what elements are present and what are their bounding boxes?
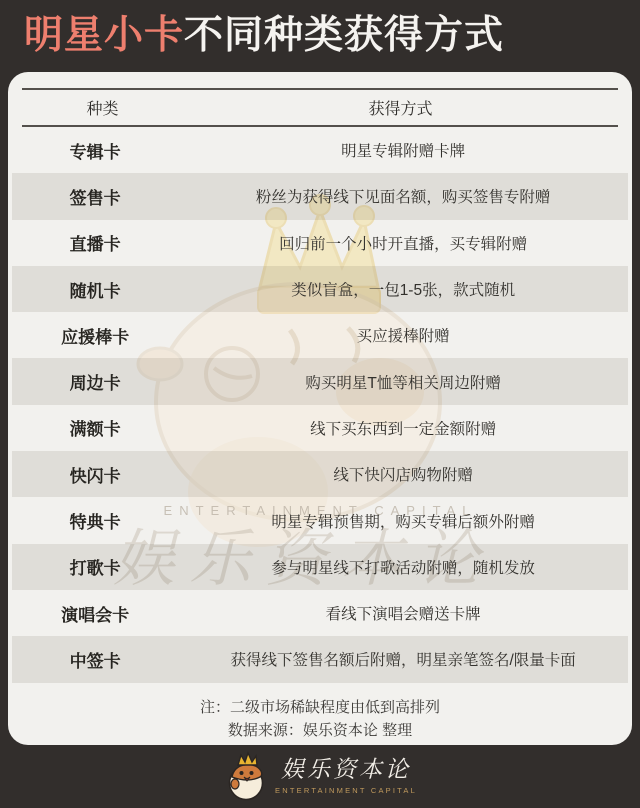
- card-type-cell: 演唱会卡: [12, 601, 178, 626]
- table-row: 特典卡明星专辑预售期，购买专辑后额外附赠: [12, 497, 628, 543]
- table-card: ENTERTAINMENT CAPITAL 娱乐资本论 种类 获得方式 专辑卡明…: [8, 72, 632, 745]
- page-title: 明星小卡不同种类获得方式: [24, 12, 640, 61]
- card-type-cell: 周边卡: [12, 369, 178, 394]
- card-method-cell: 线下买东西到一定金额附赠: [178, 417, 628, 439]
- table-row: 满额卡线下买东西到一定金额附赠: [12, 405, 628, 451]
- card-method-cell: 获得线下签售名额后附赠，明星亲笔签名/限量卡面: [178, 648, 628, 670]
- table-row: 快闪卡线下快闪店购物附赠: [12, 451, 628, 497]
- note-rarity: 注：二级市场稀缺程度由低到高排列: [8, 696, 632, 719]
- brand-footer: 娱乐资本论 ENTERTAINMENT CAPITAL: [0, 745, 640, 808]
- brand-text: 娱乐资本论 ENTERTAINMENT CAPITAL: [275, 758, 417, 794]
- table-body: 专辑卡明星专辑附赠卡牌签售卡粉丝为获得线下见面名额，购买签售专附赠直播卡回归前一…: [12, 127, 628, 683]
- title-highlight: 明星小卡: [24, 14, 184, 57]
- card-method-cell: 回归前一个小时开直播，买专辑附赠: [178, 232, 628, 254]
- note-source: 数据来源：娱乐资本论 整理: [8, 719, 632, 742]
- card-method-cell: 明星专辑预售期，购买专辑后额外附赠: [178, 510, 628, 532]
- brand-name-cn: 娱乐资本论: [281, 758, 411, 783]
- crown-bird-mascot-icon: [223, 751, 269, 803]
- table-row: 打歌卡参与明星线下打歌活动附赠，随机发放: [12, 544, 628, 590]
- header-method: 获得方式: [183, 96, 618, 119]
- card-type-cell: 专辑卡: [12, 138, 178, 163]
- header-type: 种类: [22, 96, 183, 119]
- card-type-cell: 快闪卡: [12, 462, 178, 487]
- table-row: 专辑卡明星专辑附赠卡牌: [12, 127, 628, 173]
- card-type-cell: 签售卡: [12, 184, 178, 209]
- card-method-cell: 购买明星T恤等相关周边附赠: [178, 371, 628, 393]
- table-notes: 注：二级市场稀缺程度由低到高排列 数据来源：娱乐资本论 整理: [8, 696, 632, 742]
- brand-name-en: ENTERTAINMENT CAPITAL: [275, 786, 417, 795]
- card-type-cell: 满额卡: [12, 415, 178, 440]
- card-method-cell: 线下快闪店购物附赠: [178, 463, 628, 485]
- infographic-page: 明星小卡不同种类获得方式: [0, 0, 640, 808]
- card-method-cell: 粉丝为获得线下见面名额，购买签售专附赠: [178, 185, 628, 207]
- card-method-cell: 买应援棒附赠: [178, 324, 628, 346]
- title-bar: 明星小卡不同种类获得方式: [0, 0, 640, 72]
- card-type-cell: 特典卡: [12, 508, 178, 533]
- card-type-cell: 中签卡: [12, 647, 178, 672]
- card-method-cell: 类似盲盒，一包1-5张，款式随机: [178, 278, 628, 300]
- card-type-cell: 应援棒卡: [12, 323, 178, 348]
- table-row: 应援棒卡买应援棒附赠: [12, 312, 628, 358]
- card-type-cell: 直播卡: [12, 230, 178, 255]
- table-row: 随机卡类似盲盒，一包1-5张，款式随机: [12, 266, 628, 312]
- table-row: 周边卡购买明星T恤等相关周边附赠: [12, 358, 628, 404]
- table-row: 中签卡获得线下签售名额后附赠，明星亲笔签名/限量卡面: [12, 636, 628, 682]
- card-method-cell: 参与明星线下打歌活动附赠，随机发放: [178, 556, 628, 578]
- card-method-cell: 明星专辑附赠卡牌: [178, 139, 628, 161]
- table-row: 直播卡回归前一个小时开直播，买专辑附赠: [12, 220, 628, 266]
- title-rest: 不同种类获得方式: [184, 14, 504, 57]
- table-row: 演唱会卡看线下演唱会赠送卡牌: [12, 590, 628, 636]
- card-type-cell: 打歌卡: [12, 554, 178, 579]
- card-method-cell: 看线下演唱会赠送卡牌: [178, 602, 628, 624]
- card-type-cell: 随机卡: [12, 277, 178, 302]
- table-row: 签售卡粉丝为获得线下见面名额，购买签售专附赠: [12, 173, 628, 219]
- table-header: 种类 获得方式: [22, 88, 618, 127]
